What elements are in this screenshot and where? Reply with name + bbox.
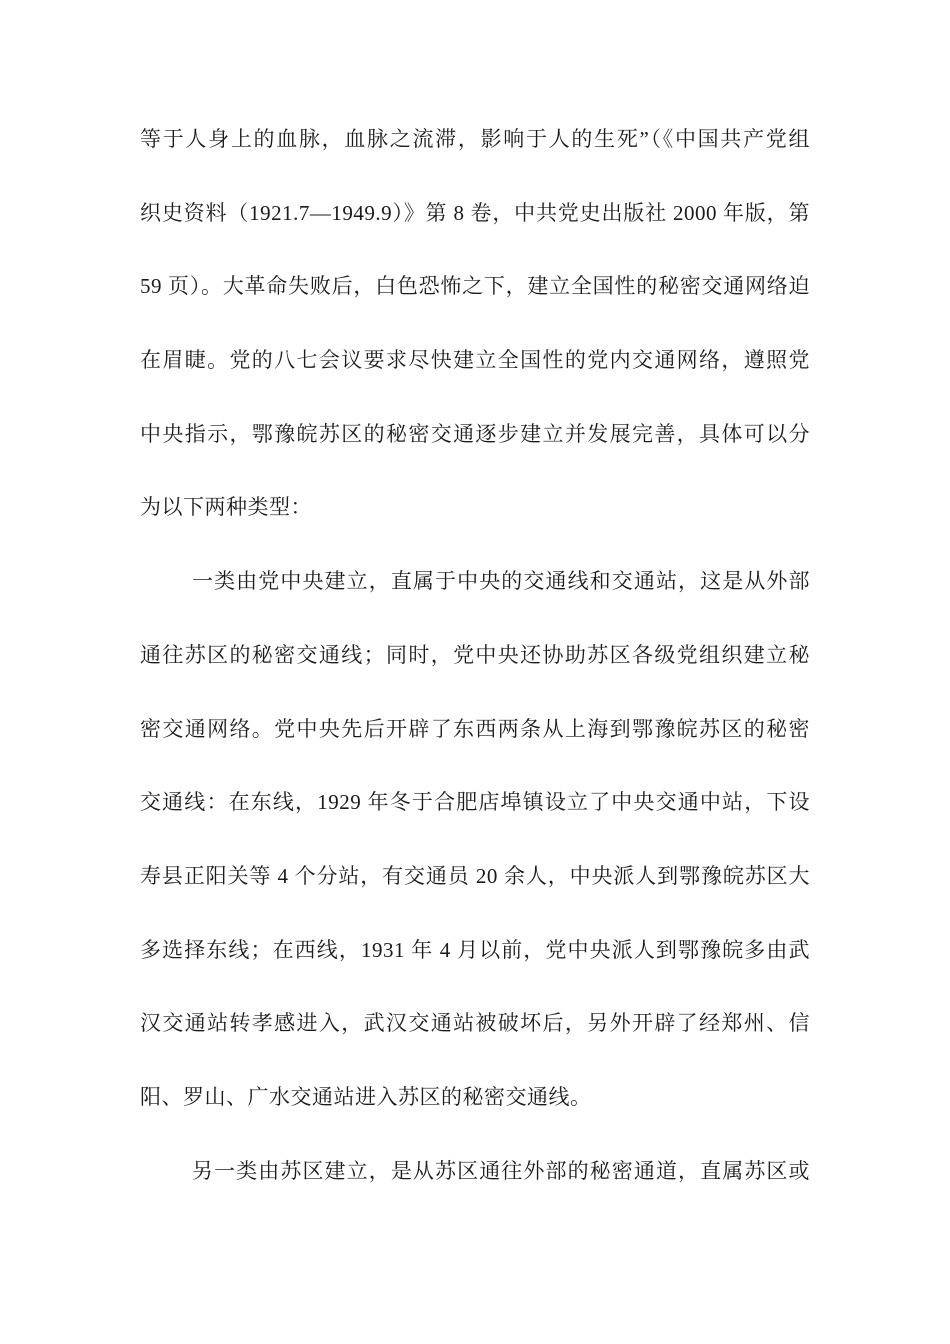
text-line: 通往苏区的秘密交通线；同时，党中央还协助苏区各级党组织建立秘 (140, 619, 810, 693)
document-text-block: 等于人身上的血脉，血脉之流滞，影响于人的生死”（《中国共产党组 织史资料（192… (140, 103, 810, 1208)
text-line paragraph-start: 另一类由苏区建立，是从苏区通往外部的秘密通道，直属苏区或 (140, 1135, 810, 1209)
text-line paragraph-end: 为以下两种类型： (140, 471, 810, 545)
text-line paragraph-end: 阳、罗山、广水交通站进入苏区的秘密交通线。 (140, 1061, 810, 1135)
text-line: 织史资料（1921.7—1949.9）》第 8 卷，中共党史出版社 2000 年… (140, 177, 810, 251)
text-line: 多选择东线；在西线，1931 年 4 月以前，党中央派人到鄂豫皖多由武 (140, 914, 810, 988)
text-line: 密交通网络。党中央先后开辟了东西两条从上海到鄂豫皖苏区的秘密 (140, 693, 810, 767)
text-line: 中央指示，鄂豫皖苏区的秘密交通逐步建立并发展完善，具体可以分 (140, 398, 810, 472)
document-page: 等于人身上的血脉，血脉之流滞，影响于人的生死”（《中国共产党组 织史资料（192… (0, 0, 950, 1344)
text-line: 交通线：在东线，1929 年冬于合肥店埠镇设立了中央交通中站，下设 (140, 766, 810, 840)
text-line: 在眉睫。党的八七会议要求尽快建立全国性的党内交通网络，遵照党 (140, 324, 810, 398)
text-line paragraph-start: 一类由党中央建立，直属于中央的交通线和交通站，这是从外部 (140, 545, 810, 619)
text-line: 59 页）。大革命失败后，白色恐怖之下，建立全国性的秘密交通网络迫 (140, 250, 810, 324)
text-line: 寿县正阳关等 4 个分站，有交通员 20 余人，中央派人到鄂豫皖苏区大 (140, 840, 810, 914)
text-line: 汉交通站转孝感进入，武汉交通站被破坏后，另外开辟了经郑州、信 (140, 987, 810, 1061)
text-line: 等于人身上的血脉，血脉之流滞，影响于人的生死”（《中国共产党组 (140, 103, 810, 177)
